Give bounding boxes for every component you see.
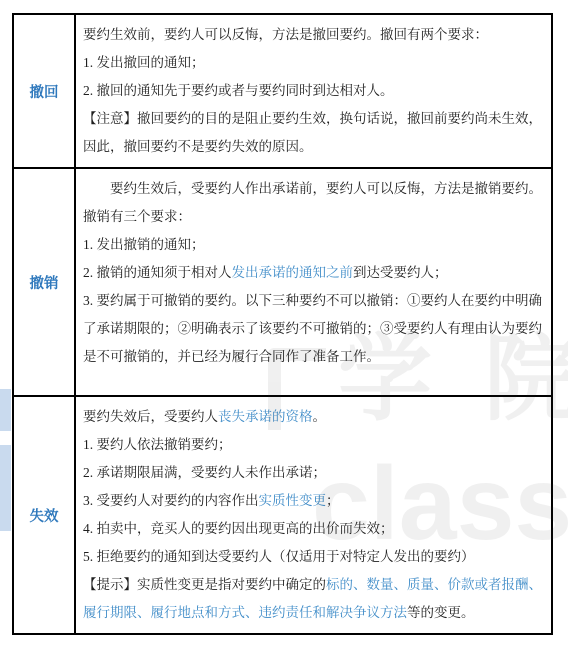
document-page: 撤回要约生效前，要约人可以反悔，方法是撤回要约。撤回有两个要求：1. 发出撤回的… [0, 0, 568, 646]
body-text: 3. 要约属于可撤销的要约。以下三种要约不可以撤销：①要约人在要约中明确了承诺期… [83, 293, 542, 364]
body-text: 等的变更。 [407, 605, 475, 620]
body-text: 4. 拍卖中，竞买人的要约因出现更高的出价而失效； [83, 521, 394, 536]
body-text: 1. 发出撤销的通知； [83, 237, 205, 252]
body-text: 【提示】实质性变更是指对要约中确定的 [83, 577, 326, 592]
paragraph: 1. 发出撤回的通知； [83, 49, 548, 77]
body-text: ； [326, 493, 340, 508]
paragraph: 1. 发出撤销的通知； [83, 231, 548, 259]
body-text: 5. 拒绝要约的通知到达受要约人（仅适用于对特定人发出的要约） [83, 549, 475, 564]
highlight-text: 丧失承诺的资格 [218, 409, 313, 424]
offer-rules-table: 撤回要约生效前，要约人可以反悔，方法是撤回要约。撤回有两个要求：1. 发出撤回的… [12, 13, 553, 635]
body-text: 到达受要约人； [353, 265, 448, 280]
row-content-revoke: 要约生效后，受要约人作出承诺前，要约人可以反悔，方法是撤销要约。撤销有三个要求：… [75, 168, 552, 396]
paragraph: 2. 撤回的通知先于要约或者与要约同时到达相对人。 [83, 77, 548, 105]
row-content-lapse: 要约失效后，受要约人丧失承诺的资格。1. 要约人依法撤销要约；2. 承诺期限届满… [75, 396, 552, 634]
paragraph: 2. 撤销的通知须于相对人发出承诺的通知之前到达受要约人； [83, 259, 548, 287]
body-text: 2. 撤销的通知须于相对人 [83, 265, 232, 280]
row-label-lapse: 失效 [13, 396, 75, 634]
paragraph: 【注意】撤回要约的目的是阻止要约生效，换句话说，撤回前要约尚未生效，因此，撤回要… [83, 105, 548, 161]
paragraph: 5. 拒绝要约的通知到达受要约人（仅适用于对特定人发出的要约） [83, 543, 548, 571]
body-text: 【注意】撤回要约的目的是阻止要约生效，换句话说，撤回前要约尚未生效，因此，撤回要… [83, 111, 542, 154]
offer-rules-table-body: 撤回要约生效前，要约人可以反悔，方法是撤回要约。撤回有两个要求：1. 发出撤回的… [13, 14, 552, 634]
watermark-logo-fragment-blue-top [0, 389, 11, 431]
highlight-text: 实质性变更 [259, 493, 327, 508]
body-text: 3. 受要约人对要约的内容作出 [83, 493, 259, 508]
body-text: 2. 承诺期限届满，受要约人未作出承诺； [83, 465, 326, 480]
row-content-withdraw: 要约生效前，要约人可以反悔，方法是撤回要约。撤回有两个要求：1. 发出撤回的通知… [75, 14, 552, 168]
body-text: 要约生效前，要约人可以反悔，方法是撤回要约。撤回有两个要求： [83, 27, 488, 42]
paragraph: 1. 要约人依法撤销要约； [83, 431, 548, 459]
watermark-logo-fragment-blue-bottom [0, 445, 11, 531]
body-text: 。 [313, 409, 327, 424]
table-row-revoke: 撤销要约生效后，受要约人作出承诺前，要约人可以反悔，方法是撤销要约。撤销有三个要… [13, 168, 552, 396]
body-text: 1. 发出撤回的通知； [83, 55, 205, 70]
paragraph: 【提示】实质性变更是指对要约中确定的标的、数量、质量、价款或者报酬、履行期限、履… [83, 571, 548, 627]
paragraph: 3. 要约属于可撤销的要约。以下三种要约不可以撤销：①要约人在要约中明确了承诺期… [83, 287, 548, 371]
body-text: 2. 撤回的通知先于要约或者与要约同时到达相对人。 [83, 83, 394, 98]
table-row-lapse: 失效要约失效后，受要约人丧失承诺的资格。1. 要约人依法撤销要约；2. 承诺期限… [13, 396, 552, 634]
table-row-withdraw: 撤回要约生效前，要约人可以反悔，方法是撤回要约。撤回有两个要求：1. 发出撤回的… [13, 14, 552, 168]
paragraph: 4. 拍卖中，竞买人的要约因出现更高的出价而失效； [83, 515, 548, 543]
paragraph: 2. 承诺期限届满，受要约人未作出承诺； [83, 459, 548, 487]
paragraph: 要约生效后，受要约人作出承诺前，要约人可以反悔，方法是撤销要约。撤销有三个要求： [83, 175, 548, 231]
body-text: 1. 要约人依法撤销要约； [83, 437, 232, 452]
paragraph: 3. 受要约人对要约的内容作出实质性变更； [83, 487, 548, 515]
paragraph: 要约生效前，要约人可以反悔，方法是撤回要约。撤回有两个要求： [83, 21, 548, 49]
highlight-text: 发出承诺的通知之前 [232, 265, 354, 280]
body-text: 要约生效后，受要约人作出承诺前，要约人可以反悔，方法是撤销要约。撤销有三个要求： [83, 181, 542, 224]
row-label-withdraw: 撤回 [13, 14, 75, 168]
row-label-revoke: 撤销 [13, 168, 75, 396]
body-text: 要约失效后，受要约人 [83, 409, 218, 424]
paragraph: 要约失效后，受要约人丧失承诺的资格。 [83, 403, 548, 431]
